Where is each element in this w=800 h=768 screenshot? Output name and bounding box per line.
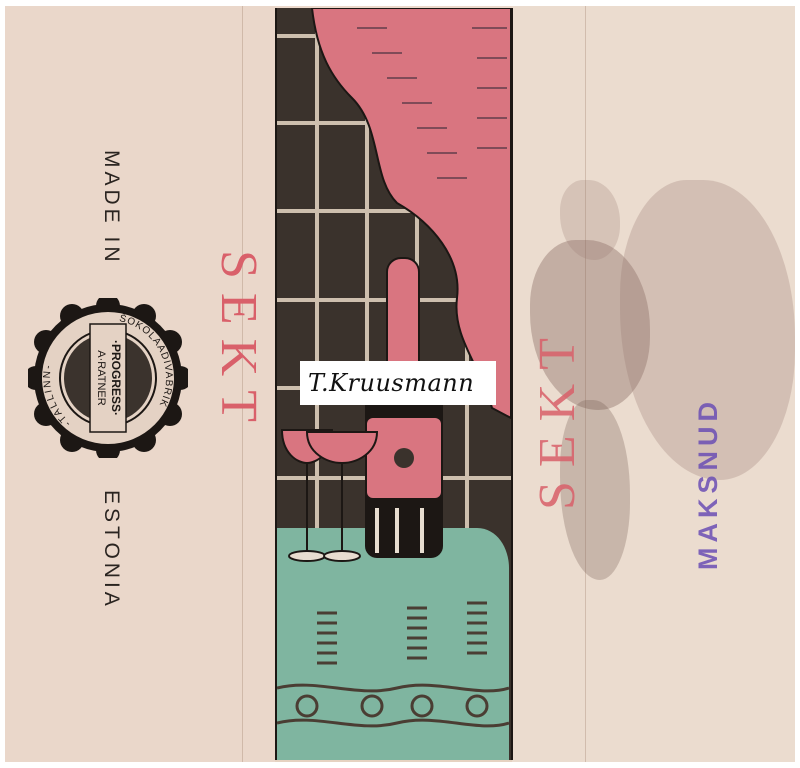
- seal-brand-text: ·PROGRESS·: [109, 340, 123, 416]
- made-in-text: MADE IN: [99, 150, 123, 266]
- factory-seal-icon: ŠOKOLAADIVABRIK -TALLINN- ·PROGRESS· A·R…: [28, 298, 188, 458]
- country-text: ESTONIA: [99, 490, 123, 610]
- signature-label: T.Kruusmann: [300, 361, 496, 405]
- seal-owner-text: A·RATNER: [95, 350, 107, 405]
- product-name-right: SEKT: [528, 324, 587, 510]
- paid-stamp: MAKSNUD: [693, 397, 724, 570]
- product-name-left: SEKT: [209, 250, 268, 436]
